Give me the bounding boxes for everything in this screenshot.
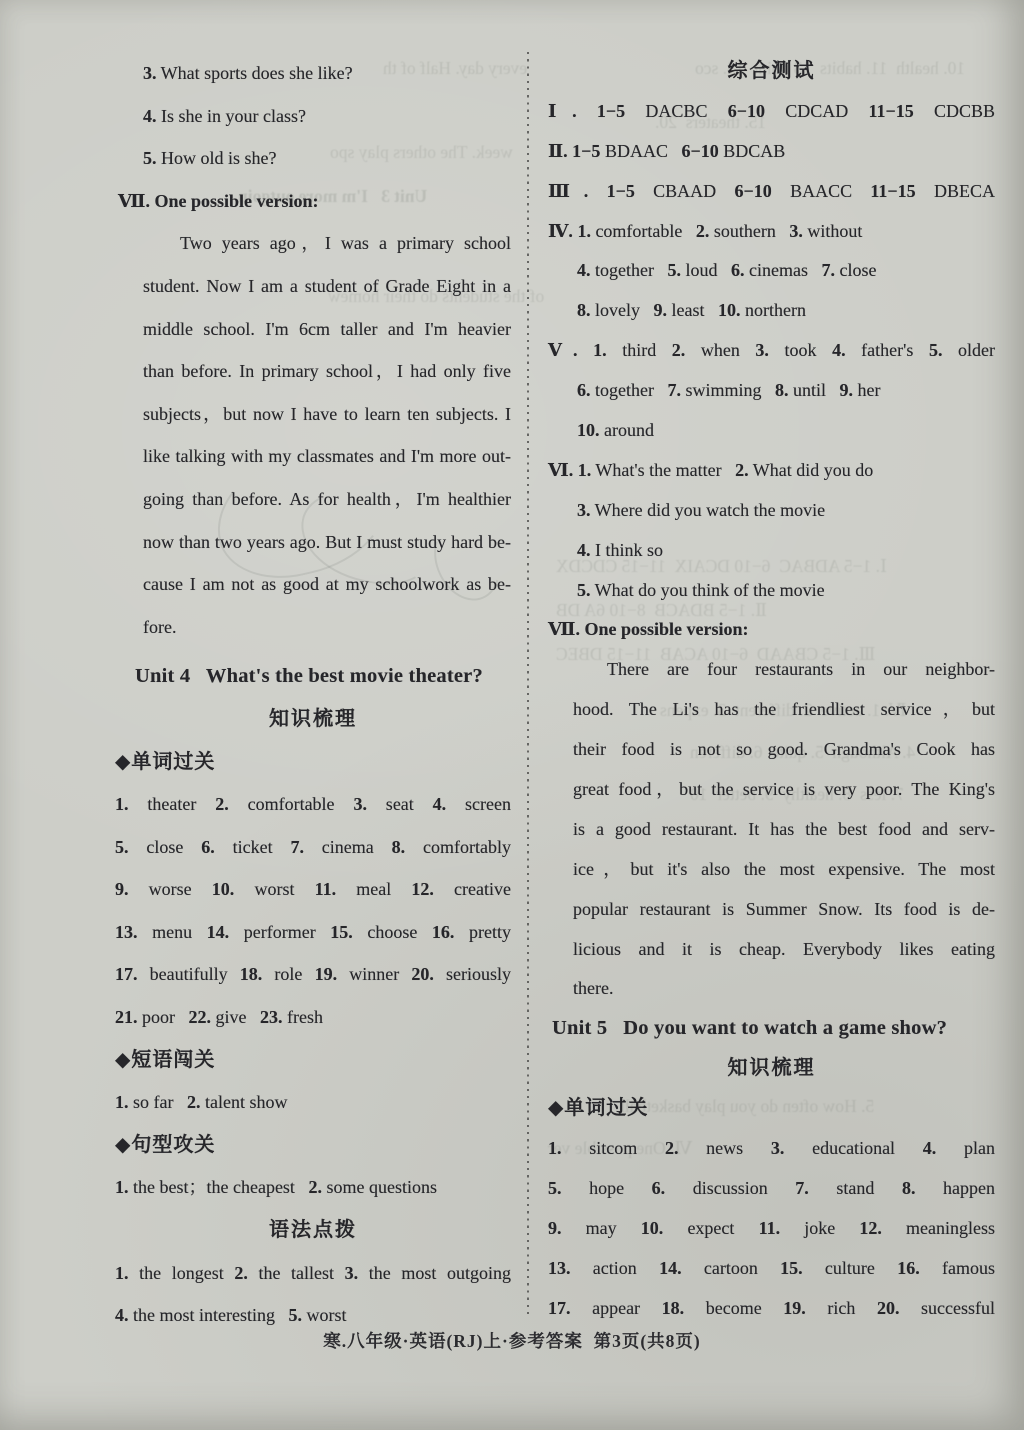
text-line: 10. around	[548, 411, 995, 451]
text-line: 17. beautifully 18. role 19. winner 20. …	[115, 953, 511, 996]
text-line: Ⅱ. 1−5 BDAAC 6−10 BDCAB	[548, 132, 995, 172]
section-heading: 知识梳理	[548, 1049, 995, 1089]
subsection-heading: ◆短语闯关	[115, 1039, 511, 1082]
scanned-answer-page: { "page": { "footer": "寒.八年级·英语(RJ)上·参考答…	[0, 0, 1024, 1430]
text-line: 1. theater 2. comfortable 3. seat 4. scr…	[115, 783, 511, 826]
text-line: 9. worse 10. worst 11. meal 12. creative	[115, 868, 511, 911]
subsection-heading: ◆单词过关	[115, 741, 511, 784]
text-line: subjects，but now I have to learn ten sub…	[115, 393, 511, 436]
text-line: 1. the longest 2. the tallest 3. the mos…	[115, 1252, 511, 1295]
text-line: 13. action 14. cartoon 15. culture 16. f…	[548, 1249, 995, 1289]
text-line: Ⅶ. One possible version:	[115, 180, 511, 223]
text-line: 4. Is she in your class?	[115, 95, 511, 138]
text-line: 1. sitcom 2. news 3. educational 4. plan	[548, 1129, 995, 1169]
subsection-heading: ◆单词过关	[548, 1089, 995, 1129]
text-line: there.	[548, 969, 995, 1009]
text-line: Ⅴ. 1. third 2. when 3. took 4. father's …	[548, 331, 995, 371]
text-line: Ⅵ. 1. What's the matter 2. What did you …	[548, 451, 995, 491]
column-divider	[527, 52, 529, 1314]
right-column: 综合测试Ⅰ. 1−5 DACBC 6−10 CDCAD 11−15 CDCBBⅡ…	[548, 52, 995, 1329]
section-heading: 知识梳理	[115, 698, 511, 741]
text-line: 5. What do you think of the movie	[548, 571, 995, 611]
text-line: 3. What sports does she like?	[115, 52, 511, 95]
section-heading: 语法点拨	[115, 1209, 511, 1252]
text-line: than before. In primary school，I had onl…	[115, 350, 511, 393]
text-line: Ⅶ. One possible version:	[548, 610, 995, 650]
text-line: 13. menu 14. performer 15. choose 16. pr…	[115, 911, 511, 954]
text-line: There are four restaurants in our neighb…	[548, 650, 995, 690]
text-line: 5. How old is she?	[115, 137, 511, 180]
text-line: 21. poor 22. give 23. fresh	[115, 996, 511, 1039]
text-line: 8. lovely 9. least 10. northern	[548, 291, 995, 331]
text-line: student. Now I am a student of Grade Eig…	[115, 265, 511, 308]
text-line: Ⅳ. 1. comfortable 2. southern 3. without	[548, 212, 995, 252]
text-line: fore.	[115, 606, 511, 649]
text-line: Two years ago，I was a primary school	[115, 222, 511, 265]
subsection-heading: ◆句型攻关	[115, 1124, 511, 1167]
text-line: now than two years ago. But I must study…	[115, 521, 511, 564]
text-line: Ⅰ. 1−5 DACBC 6−10 CDCAD 11−15 CDCBB	[548, 92, 995, 132]
text-line: 1. so far 2. talent show	[115, 1081, 511, 1124]
text-line: 3. Where did you watch the movie	[548, 491, 995, 531]
text-line: 4. I think so	[548, 531, 995, 571]
text-line: middle school. I'm 6cm taller and I'm he…	[115, 308, 511, 351]
text-line: 9. may 10. expect 11. joke 12. meaningle…	[548, 1209, 995, 1249]
text-line: 17. appear 18. become 19. rich 20. succe…	[548, 1289, 995, 1329]
text-line: 6. together 7. swimming 8. until 9. her	[548, 371, 995, 411]
text-line: is a good restaurant. It has the best fo…	[548, 810, 995, 850]
text-line: 1. the best；the cheapest 2. some questio…	[115, 1166, 511, 1209]
text-line: Ⅲ. 1−5 CBAAD 6−10 BAACC 11−15 DBECA	[548, 172, 995, 212]
text-line: 5. hope 6. discussion 7. stand 8. happen	[548, 1169, 995, 1209]
text-line: 5. close 6. ticket 7. cinema 8. comforta…	[115, 826, 511, 869]
unit-title: Unit 5 Do you want to watch a game show?	[548, 1009, 995, 1049]
left-column: 3. What sports does she like?4. Is she i…	[115, 52, 511, 1337]
section-heading: 综合测试	[548, 52, 995, 92]
text-line: like talking with my classmates and I'm …	[115, 435, 511, 478]
text-line: hood. The Li's has the friendliest servi…	[548, 690, 995, 730]
text-line: ice，but it's also the most expensive. Th…	[548, 850, 995, 890]
text-line: popular restaurant is Summer Snow. Its f…	[548, 890, 995, 930]
text-line: their food is not so good. Grandma's Coo…	[548, 730, 995, 770]
text-line: 4. together 5. loud 6. cinemas 7. close	[548, 251, 995, 291]
text-line: great food，but the service is very poor.…	[548, 770, 995, 810]
text-line: cause I am not as good at my schoolwork …	[115, 563, 511, 606]
page-footer: 寒.八年级·英语(RJ)上·参考答案 第3页(共8页)	[0, 1328, 1024, 1353]
unit-title: Unit 4 What's the best movie theater?	[115, 655, 511, 698]
text-line: going than before. As for health，I'm hea…	[115, 478, 511, 521]
text-line: licious and it is cheap. Everybody likes…	[548, 930, 995, 970]
